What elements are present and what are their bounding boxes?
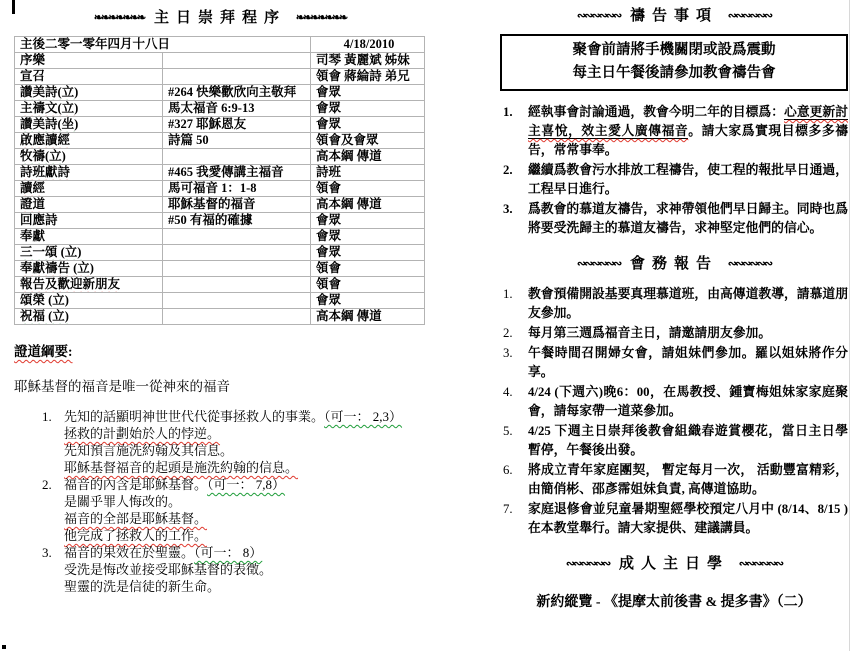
- subline-text: 福音的全部是耶穌基督。: [64, 511, 207, 526]
- sermon-subline: 聖靈的洗是信徒的新生命。: [64, 578, 426, 595]
- item-text: 每月第三週爲福音主日，請邀請朋友參加。: [528, 324, 848, 343]
- item-text: 午餐時間召開婦女會，請姐妹們參加。羅以姐妹將作分享。: [528, 344, 848, 382]
- table-row: 證道 耶穌基督的福音 高本綱 傳道: [15, 197, 425, 213]
- program-content: [163, 53, 311, 69]
- sermon-subline: 是關乎罪人悔改的。: [64, 493, 426, 510]
- item-number: 1.: [500, 285, 528, 323]
- item-text: 家庭退修會並兒童暑期聖經學校預定八月中 (8/14、8/15 ) 在本教堂舉行。…: [528, 500, 848, 538]
- program-item: 奉獻禱告 (立): [20, 261, 94, 275]
- worship-program-column: ❧❧❧❧❧❧❧ 主日崇拜程序 ❧❧❧❧❧❧❧ 主後二零一零年四月十八日 4/18…: [14, 6, 426, 595]
- program-content: [163, 245, 311, 261]
- program-item: 奉獻: [20, 229, 45, 243]
- prayer-item: 1. 經執事會討論通過，教會今明二年的目標爲：心意更新討主喜悅，效主愛人廣傳福音…: [500, 103, 848, 160]
- program-who: 會眾: [311, 117, 425, 133]
- program-who: 高本綱 傳道: [311, 309, 425, 325]
- scripture-ref: （可一： 2,3）: [324, 409, 402, 424]
- sermon-subline: 福音的全部是耶穌基督。: [64, 510, 426, 527]
- program-item: 報告及歡迎新朋友: [20, 277, 120, 291]
- item-number: 1.: [500, 103, 528, 160]
- table-row: 讀經 馬可福音 1：1-8 領會: [15, 181, 425, 197]
- program-content: [163, 293, 311, 309]
- point-text: 福音的內含是耶穌基督。（可一： 7,8）: [64, 476, 285, 493]
- program-item: 啟應讀經: [20, 133, 70, 147]
- point-main: 福音的內含是耶穌基督。: [64, 477, 207, 492]
- item-text: 將成立青年家庭團契， 暫定每月一次， 活動豐富精彩，由簡俏彬、邵彥霈姐妹負責, …: [528, 461, 848, 499]
- church-report-title: ∾∾∾∾∾∾ 會務報告 ∾∾∾∾∾∾: [500, 252, 848, 273]
- prayer-item: 3. 爲教會的慕道友禱告，求神帶領他們早日歸主。同時也爲將要受洗歸主的慕道友禱告…: [500, 200, 848, 238]
- table-row: 報告及歡迎新朋友 領會: [15, 277, 425, 293]
- program-content: [163, 261, 311, 277]
- program-item: 讀經: [20, 181, 45, 195]
- flourish-left-icon: ❧❧❧❧❧❧❧: [94, 12, 145, 24]
- prayer-items-list: 1. 經執事會討論通過，教會今明二年的目標爲：心意更新討主喜悅，效主愛人廣傳福音…: [500, 103, 848, 238]
- flourish-left-icon: ∾∾∾∾∾∾: [566, 558, 609, 570]
- sermon-point: 3. 福音的果效在於聖靈。（可一： 8）: [14, 544, 426, 561]
- flourish-right-icon: ∾∾∾∾∾∾: [739, 558, 782, 570]
- point-number: 3.: [42, 544, 64, 561]
- program-item: 主禱文(立): [20, 101, 78, 115]
- sermon-subline: 耶穌基督福音的起頭是施洗約翰的信息。: [64, 459, 426, 476]
- program-item: 讚美詩(立): [20, 85, 78, 99]
- worship-order-table: 主後二零一零年四月十八日 4/18/2010 序樂 司琴 黃麗斌 姊妹 宣召 領…: [14, 36, 425, 325]
- program-who: 會眾: [311, 245, 425, 261]
- sermon-outline-heading: 證道綱要:: [14, 340, 426, 360]
- program-item: 詩班獻詩: [20, 165, 70, 179]
- program-who: 領會 蔣綸詩 弟兄: [311, 69, 425, 85]
- sermon-subline: 先知預言施洗約翰及其信息。: [64, 442, 426, 459]
- sermon-subline: 受洗是悔改並接受耶穌基督的表徵。: [64, 561, 426, 578]
- notice-line-1: 聚會前請將手機關閉或設爲震動: [502, 39, 846, 62]
- page-edge-line: [849, 0, 850, 651]
- bulletin-page: ❧❧❧❧❧❧❧ 主日崇拜程序 ❧❧❧❧❧❧❧ 主後二零一零年四月十八日 4/18…: [0, 0, 864, 651]
- flourish-left-icon: ∾∾∾∾∾∾: [577, 258, 620, 270]
- program-who: 高本綱 傳道: [311, 149, 425, 165]
- service-date-numeric: 4/18/2010: [311, 37, 425, 53]
- table-row: 啟應讀經 詩篇 50 領會及會眾: [15, 133, 425, 149]
- program-content: #264 快樂歡欣向主敬拜: [163, 85, 311, 101]
- report-item: 6. 將成立青年家庭團契， 暫定每月一次， 活動豐富精彩，由簡俏彬、邵彥霈姐妹負…: [500, 461, 848, 499]
- item-number: 7.: [500, 500, 528, 538]
- notice-line-2: 每主日午餐後請參加教會禱告會: [502, 62, 846, 85]
- report-item: 5. 4/25 下週主日崇拜後教會組織春遊賞櫻花，當日主日學暫停，午餐後出發。: [500, 422, 848, 460]
- table-row: 詩班獻詩 #465 我愛傳講主福音 詩班: [15, 165, 425, 181]
- program-who: 會眾: [311, 213, 425, 229]
- program-content: [163, 149, 311, 165]
- item-text: 經執事會討論通過，教會今明二年的目標爲：心意更新討主喜悅，效主愛人廣傳福音。請大…: [528, 103, 848, 160]
- scripture-ref: （可一： 7,8）: [207, 477, 285, 492]
- program-content: [163, 69, 311, 85]
- prayer-item: 2. 繼續爲教會污水排放工程禱告，使工程的報批早日通過，工程早日進行。: [500, 161, 848, 199]
- table-row: 三一頌 (立) 會眾: [15, 245, 425, 261]
- program-item: 讚美詩(坐): [20, 117, 78, 131]
- sermon-point: 2. 福音的內含是耶穌基督。（可一： 7,8）: [14, 476, 426, 493]
- sermon-theme: 耶穌基督的福音是唯一從神來的福音: [14, 375, 426, 395]
- program-content: #50 有福的確據: [163, 213, 311, 229]
- table-row: 回應詩 #50 有福的確據 會眾: [15, 213, 425, 229]
- table-row: 奉獻禱告 (立) 領會: [15, 261, 425, 277]
- sunday-school-lesson: 新約縱覽 - 《提摩太前後書 & 提多書》（二）: [500, 591, 848, 611]
- table-row: 讚美詩(坐) #327 耶穌恩友 會眾: [15, 117, 425, 133]
- report-item: 1. 教會預備開設基要真理慕道班，由高傳道教導，請慕道朋友參加。: [500, 285, 848, 323]
- subline-text: 耶穌基督福音的起頭是施洗約翰的信息。: [64, 460, 298, 475]
- point-main: 福音的果效在於聖靈。: [64, 545, 194, 560]
- announcements-column: ∾∾∾∾∾∾ 禱告事項 ∾∾∾∾∾∾ 聚會前請將手機關閉或設爲震動 每主日午餐後…: [500, 4, 848, 611]
- program-who: 領會及會眾: [311, 133, 425, 149]
- flourish-right-icon: ∾∾∾∾∾∾: [728, 258, 771, 270]
- sermon-outline-list: 1. 先知的話顯明神世世代代從事拯救人的事業。（可一： 2,3） 拯救的計劃始於…: [14, 408, 426, 595]
- item-number: 2.: [500, 324, 528, 343]
- subline-text: 受洗是悔改並接受耶穌基督的表徵。: [64, 562, 272, 577]
- program-who: 領會: [311, 181, 425, 197]
- program-content: 馬可福音 1：1-8: [163, 181, 311, 197]
- table-row: 祝福 (立) 高本綱 傳道: [15, 309, 425, 325]
- notice-box: 聚會前請將手機關閉或設爲震動 每主日午餐後請參加教會禱告會: [500, 34, 848, 91]
- item-number: 4.: [500, 383, 528, 421]
- item-text-pre: 繼續爲教會污水排放工程禱告，使工程的報批早日通過，工程早日進行。: [528, 163, 848, 196]
- program-who: 會眾: [311, 229, 425, 245]
- program-who: 會眾: [311, 85, 425, 101]
- item-text: 4/25 下週主日崇拜後教會組織春遊賞櫻花，當日主日學暫停，午餐後出發。: [528, 422, 848, 460]
- program-item: 頌榮 (立): [20, 293, 69, 307]
- subline-text: 聖靈的洗是信徒的新生命。: [64, 579, 220, 594]
- program-item: 牧禱(立): [20, 149, 66, 163]
- table-row: 序樂 司琴 黃麗斌 姊妹: [15, 53, 425, 69]
- table-row: 牧禱(立) 高本綱 傳道: [15, 149, 425, 165]
- service-date-chinese: 主後二零一零年四月十八日: [15, 37, 311, 53]
- church-report-list: 1. 教會預備開設基要真理慕道班，由高傳道教導，請慕道朋友參加。 2. 每月第三…: [500, 285, 848, 538]
- program-who: 詩班: [311, 165, 425, 181]
- item-text: 4/24 (下週六)晚6：00，在馬教授、鍾寶梅姐妹家家庭聚會，請每家帶一道菜參…: [528, 383, 848, 421]
- table-row: 讚美詩(立) #264 快樂歡欣向主敬拜 會眾: [15, 85, 425, 101]
- item-number: 6.: [500, 461, 528, 499]
- table-row-date: 主後二零一零年四月十八日 4/18/2010: [15, 37, 425, 53]
- program-who: 會眾: [311, 101, 425, 117]
- program-content: [163, 229, 311, 245]
- prayer-items-title: ∾∾∾∾∾∾ 禱告事項 ∾∾∾∾∾∾: [500, 4, 848, 25]
- program-item: 宣召: [20, 69, 45, 83]
- prayer-items-title-text: 禱告事項: [630, 8, 718, 24]
- program-item: 回應詩: [20, 213, 58, 227]
- program-content: 耶穌基督的福音: [163, 197, 311, 213]
- item-text: 繼續爲教會污水排放工程禱告，使工程的報批早日通過，工程早日進行。: [528, 161, 848, 199]
- scripture-ref: （可一： 8）: [194, 545, 262, 560]
- item-text: 爲教會的慕道友禱告，求神帶領他們早日歸主。同時也爲將要受洗歸主的慕道友禱告，求神…: [528, 200, 848, 238]
- sermon-subline: 他完成了拯救人的工作。: [64, 527, 426, 544]
- item-number: 2.: [500, 161, 528, 199]
- item-number: 3.: [500, 344, 528, 382]
- table-row: 奉獻 會眾: [15, 229, 425, 245]
- church-report-title-text: 會務報告: [630, 256, 718, 272]
- table-row: 主禱文(立) 馬太福音 6:9-13 會眾: [15, 101, 425, 117]
- subline-text: 拯救的計劃始於人的悖逆。: [64, 426, 220, 441]
- table-row: 頌榮 (立) 會眾: [15, 293, 425, 309]
- page-corner-mark: [2, 645, 6, 649]
- report-item: 2. 每月第三週爲福音主日，請邀請朋友參加。: [500, 324, 848, 343]
- program-who: 領會: [311, 261, 425, 277]
- item-number: 5.: [500, 422, 528, 460]
- report-item: 3. 午餐時間召開婦女會，請姐妹們參加。羅以姐妹將作分享。: [500, 344, 848, 382]
- program-content: #465 我愛傳講主福音: [163, 165, 311, 181]
- point-text: 先知的話顯明神世世代代從事拯救人的事業。（可一： 2,3）: [64, 408, 402, 425]
- worship-program-title: ❧❧❧❧❧❧❧ 主日崇拜程序 ❧❧❧❧❧❧❧: [14, 6, 426, 27]
- table-row: 宣召 領會 蔣綸詩 弟兄: [15, 69, 425, 85]
- report-item: 7. 家庭退修會並兒童暑期聖經學校預定八月中 (8/14、8/15 ) 在本教堂…: [500, 500, 848, 538]
- program-who: 會眾: [311, 293, 425, 309]
- item-text-pre: 經執事會討論通過，教會今明二年的目標爲：: [528, 105, 784, 119]
- point-text: 福音的果效在於聖靈。（可一： 8）: [64, 544, 262, 561]
- subline-text: 他完成了拯救人的工作。: [64, 528, 207, 543]
- program-who: 高本綱 傳道: [311, 197, 425, 213]
- subline-text: 是關乎罪人悔改的。: [64, 494, 181, 509]
- program-item: 三一頌 (立): [20, 245, 81, 259]
- point-number: 1.: [42, 408, 64, 425]
- adult-sunday-school-title-text: 成人主日學: [619, 556, 729, 572]
- program-item: 祝福 (立): [20, 309, 69, 323]
- report-item: 4. 4/24 (下週六)晚6：00，在馬教授、鍾寶梅姐妹家家庭聚會，請每家帶一…: [500, 383, 848, 421]
- program-who: 司琴 黃麗斌 姊妹: [311, 53, 425, 69]
- program-who: 領會: [311, 277, 425, 293]
- item-text: 教會預備開設基要真理慕道班，由高傳道教導，請慕道朋友參加。: [528, 285, 848, 323]
- program-content: #327 耶穌恩友: [163, 117, 311, 133]
- program-item: 序樂: [20, 53, 45, 67]
- program-content: [163, 309, 311, 325]
- sermon-subline: 拯救的計劃始於人的悖逆。: [64, 425, 426, 442]
- program-item: 證道: [20, 197, 45, 211]
- flourish-left-icon: ∾∾∾∾∾∾: [577, 10, 620, 22]
- point-main: 先知的話顯明神世世代代從事拯救人的事業。: [64, 409, 324, 424]
- program-content: [163, 277, 311, 293]
- point-number: 2.: [42, 476, 64, 493]
- flourish-right-icon: ∾∾∾∾∾∾: [728, 10, 771, 22]
- item-number: 3.: [500, 200, 528, 238]
- sermon-point: 1. 先知的話顯明神世世代代從事拯救人的事業。（可一： 2,3）: [14, 408, 426, 425]
- worship-program-title-text: 主日崇拜程序: [154, 10, 286, 26]
- flourish-right-icon: ❧❧❧❧❧❧❧: [296, 12, 347, 24]
- program-content: 詩篇 50: [163, 133, 311, 149]
- program-content: 馬太福音 6:9-13: [163, 101, 311, 117]
- adult-sunday-school-title: ∾∾∾∾∾∾ 成人主日學 ∾∾∾∾∾∾: [500, 552, 848, 573]
- item-text-pre: 爲教會的慕道友禱告，求神帶領他們早日歸主。同時也爲將要受洗歸主的慕道友禱告，求神…: [528, 202, 848, 235]
- subline-text: 先知預言施洗約翰及其信息。: [64, 443, 233, 458]
